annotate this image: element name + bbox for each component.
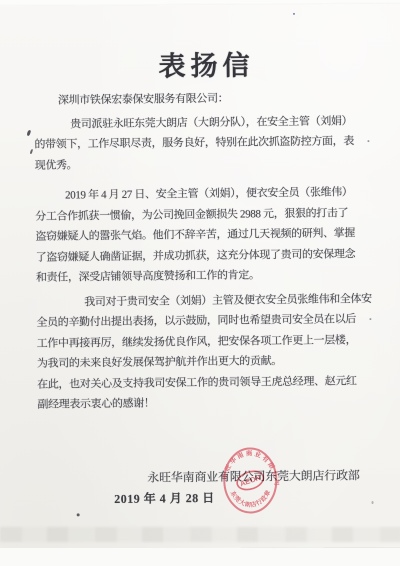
letter-body: 深圳市铁保宏泰保安服务有限公司：贵司派驻永旺东莞大朗店（大朗分队），在安全主管（… [34, 87, 368, 415]
ink-speck [369, 318, 371, 320]
letter-line: 和责任，深受店铺领导高度赞扬和工作的肯定。 [36, 264, 366, 288]
letter-line: 副经理表示衷心的感谢！ [37, 391, 367, 415]
letter-line: 的带领下，工作尽职尽责，服务良好，特别在此次抓盗防控方面，表 [34, 131, 364, 155]
ink-speck [77, 513, 80, 516]
ink-speck [367, 140, 369, 142]
letter-date: 2019 年 4 月 28 日 [0, 487, 365, 509]
ink-speck [293, 13, 295, 15]
letter-line: 了盗窃嫌疑人确凿证据，并成功抓获，这充分体现了贵司的安保理念 [36, 244, 366, 268]
scanned-letter-photo: 表扬信 深圳市铁保宏泰保安服务有限公司：贵司派驻永旺东莞大朗店（大朗分队），在安… [0, 0, 400, 566]
letter-line: 深圳市铁保宏泰保安服务有限公司： [58, 87, 364, 111]
ink-speck [372, 501, 374, 504]
seal-center-logo: AEON [235, 468, 266, 493]
letter-title: 表扬信 [6, 42, 400, 86]
letter-line: 2019 年 4 月 27 日、安全主管（刘娟），便衣安全员（张维伟） [65, 182, 365, 206]
letter-line: 在此，也对关心及支持我司安保工作的贵司领导王虎总经理、赵元红 [37, 371, 367, 395]
letter-line: 现优秀。 [35, 152, 365, 176]
company-seal-stamp: 永旺华南商业有限公司 东莞大朗店行政章 AEON [221, 445, 280, 516]
ink-smudge [26, 130, 31, 137]
letter-content: 表扬信 深圳市铁保宏泰保安服务有限公司：贵司派驻永旺东莞大朗店（大朗分队），在安… [0, 0, 400, 566]
letter-line: 工作中再接再厉，继续发扬优良作风，把安保各项工作更上一层楼， [37, 330, 367, 354]
